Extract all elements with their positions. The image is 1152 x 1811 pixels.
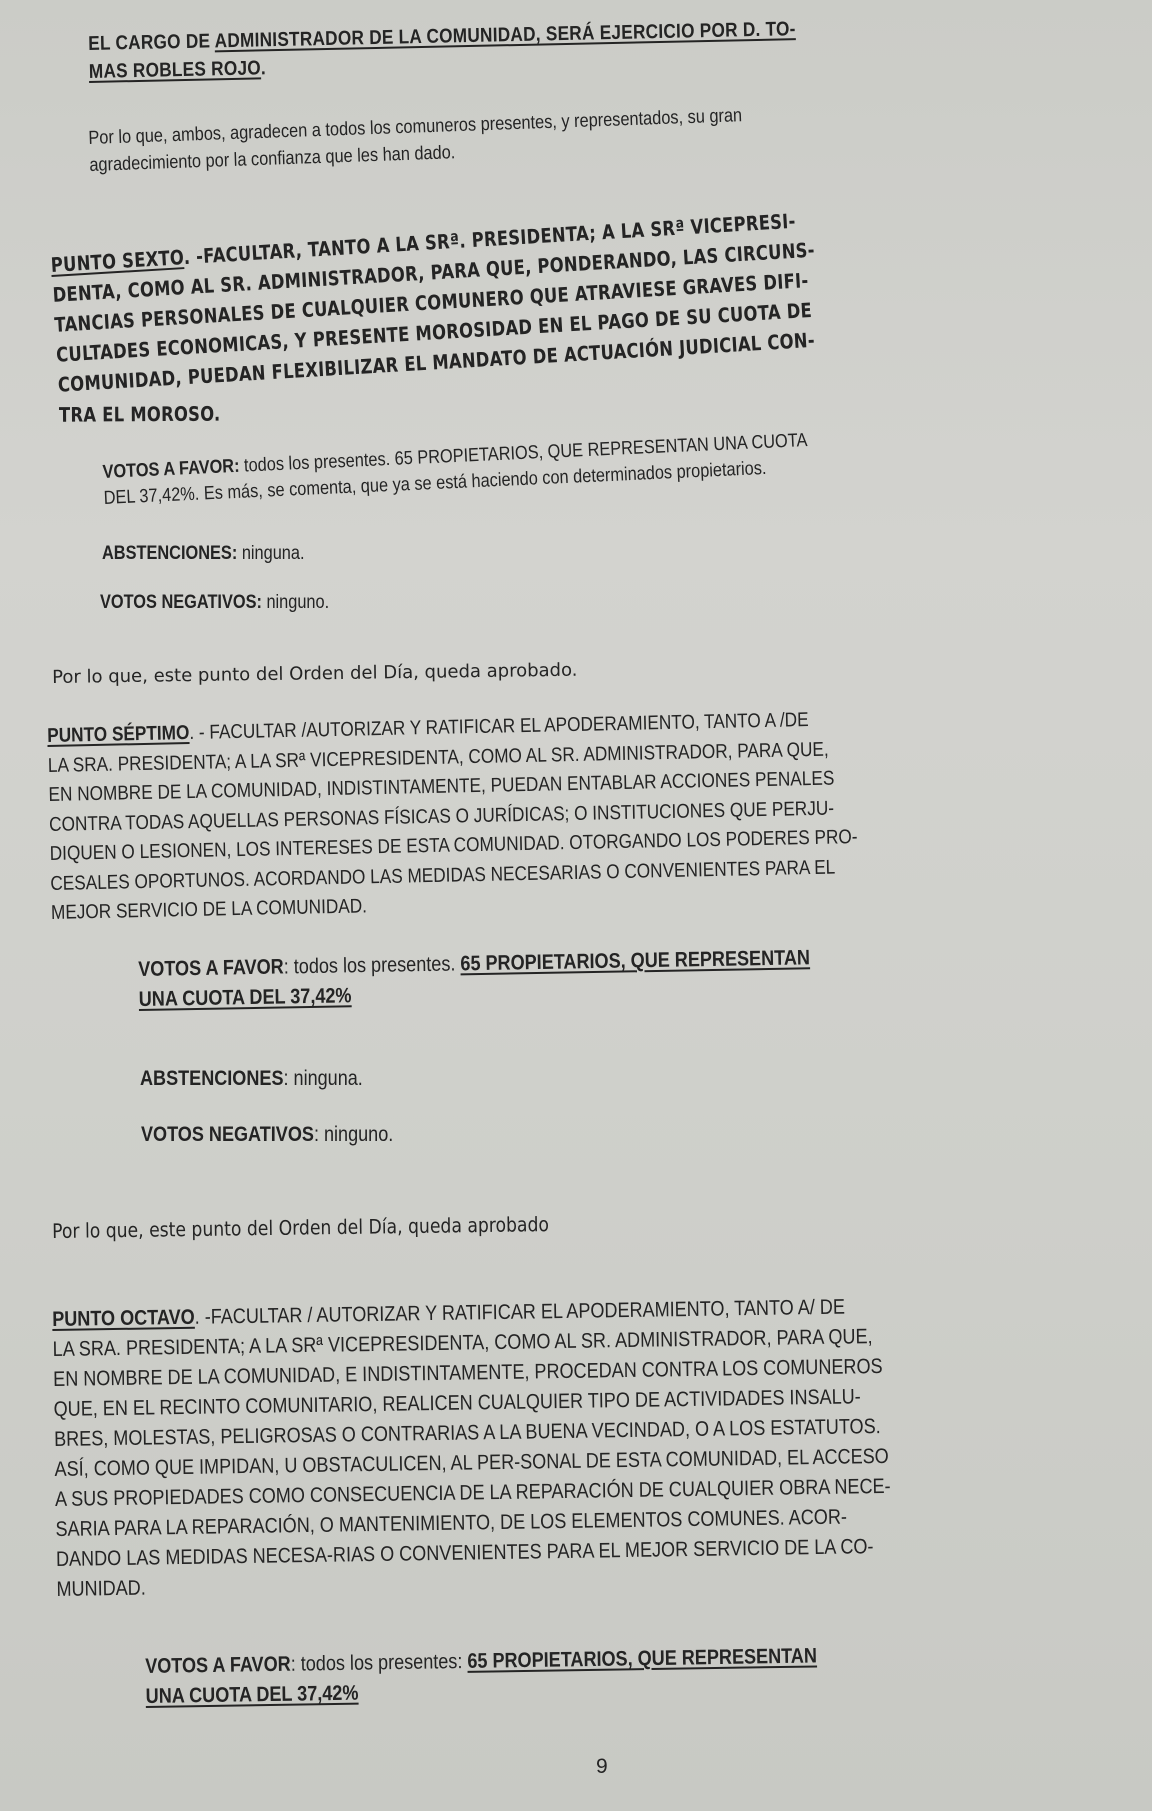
result-text: Por lo que, este punto del Orden del Día… bbox=[52, 1211, 549, 1245]
negative-votes-label: VOTOS NEGATIVOS: bbox=[100, 592, 262, 613]
document-page: EL CARGO DE ADMINISTRADOR DE LA COMUNIDA… bbox=[0, 0, 1152, 1811]
punto-octavo-section: PUNTO OCTAVO. -FACULTAR / AUTORIZAR Y RA… bbox=[52, 1290, 1028, 1605]
punto-sexto-abstentions: ABSTENCIONES: ninguna. bbox=[102, 541, 337, 567]
statement-text: EL CARGO DE bbox=[88, 30, 215, 55]
result-text: Por lo que, este punto del Orden del Día… bbox=[52, 660, 578, 688]
votes-favor-quota: UNA CUOTA DEL 37,42% bbox=[146, 1682, 359, 1708]
negative-votes-value: : ninguno. bbox=[314, 1123, 393, 1146]
punto-sexto-result: Por lo que, este punto del Orden del Día… bbox=[52, 657, 578, 691]
abstentions-value: ninguna. bbox=[237, 543, 304, 564]
punto-septimo-result: Por lo que, este punto del Orden del Día… bbox=[52, 1210, 630, 1245]
punto-septimo-section: PUNTO SÉPTIMO. - FACULTAR /AUTORIZAR Y R… bbox=[47, 702, 991, 928]
votes-favor-owners: 65 PROPIETARIOS, QUE REPRESENTAN bbox=[460, 946, 810, 975]
page-number: 9 bbox=[596, 1755, 608, 1779]
punto-octavo-votes: VOTOS A FAVOR: todos los presentes: 65 P… bbox=[145, 1640, 927, 1712]
thanks-paragraph: Por lo que, ambos, agradecen a todos los… bbox=[88, 98, 850, 179]
abstentions-value: : ninguna. bbox=[283, 1067, 362, 1090]
statement-tail: . bbox=[261, 57, 266, 79]
negative-votes-label: VOTOS NEGATIVOS bbox=[141, 1123, 314, 1146]
punto-sexto-negative: VOTOS NEGATIVOS: ninguno. bbox=[100, 590, 366, 616]
punto-septimo-negative: VOTOS NEGATIVOS: ninguno. bbox=[141, 1122, 434, 1148]
punto-septimo-text: MEJOR SERVICIO DE LA COMUNIDAD. bbox=[51, 892, 368, 928]
votes-favor-value: : todos los presentes: bbox=[291, 1650, 468, 1676]
punto-sexto-votes: VOTOS A FAVOR: todos los presentes. 65 P… bbox=[102, 423, 924, 512]
punto-septimo-votes: VOTOS A FAVOR: todos los presentes. 65 P… bbox=[138, 941, 920, 1015]
abstentions-label: ABSTENCIONES bbox=[140, 1067, 283, 1090]
votes-favor-value: : todos los presentes. bbox=[284, 952, 461, 978]
punto-septimo-heading: PUNTO SÉPTIMO bbox=[47, 722, 190, 747]
punto-sexto-line: TRA EL MOROSO. bbox=[59, 393, 990, 429]
votes-favor-label: VOTOS A FAVOR bbox=[138, 955, 284, 981]
abstentions-label: ABSTENCIONES: bbox=[102, 543, 237, 564]
punto-sexto-text: TRA EL MOROSO. bbox=[59, 399, 221, 430]
votes-favor-label: VOTOS A FAVOR bbox=[145, 1653, 291, 1678]
punto-sexto-section: PUNTO SEXTO. -FACULTAR, TANTO A LA SRª. … bbox=[50, 195, 990, 430]
punto-octavo-text: MUNIDAD. bbox=[56, 1574, 146, 1605]
negative-votes-value: ninguno. bbox=[262, 592, 329, 613]
punto-septimo-abstentions: ABSTENCIONES: ninguna. bbox=[140, 1066, 399, 1092]
votes-favor-label: VOTOS A FAVOR: bbox=[102, 456, 240, 483]
administrator-name: MAS ROBLES ROJO bbox=[89, 57, 261, 83]
punto-octavo-heading: PUNTO OCTAVO bbox=[52, 1306, 195, 1331]
votes-favor-quota: UNA CUOTA DEL 37,42% bbox=[139, 984, 352, 1011]
intro-section: EL CARGO DE ADMINISTRADOR DE LA COMUNIDA… bbox=[88, 13, 912, 86]
punto-sexto-heading: PUNTO SEXTO bbox=[50, 245, 184, 277]
votes-favor-owners: 65 PROPIETARIOS, QUE REPRESENTAN bbox=[467, 1644, 817, 1672]
